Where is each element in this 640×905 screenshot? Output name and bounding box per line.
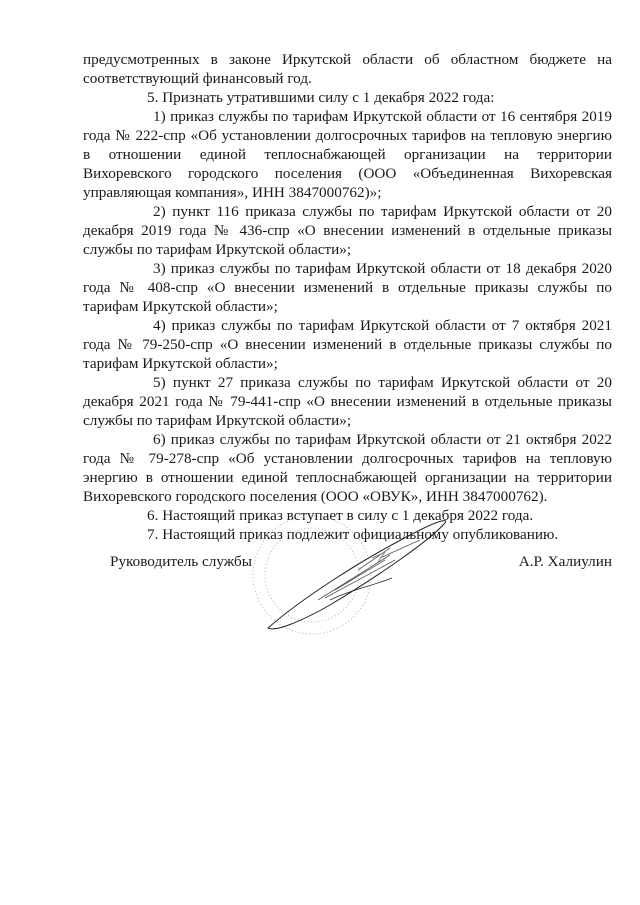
clause-5-item-2: 2) пункт 116 приказа службы по тарифам И… — [83, 202, 612, 259]
clause-6: 6. Настоящий приказ вступает в силу с 1 … — [83, 506, 612, 525]
clause-5-item-6: 6) приказ службы по тарифам Иркутской об… — [83, 430, 612, 506]
document-page: предусмотренных в законе Иркутской облас… — [0, 0, 640, 905]
clause-5-item-5: 5) пункт 27 приказа службы по тарифам Ир… — [83, 373, 612, 430]
clause-5: 5. Признать утратившими силу с 1 декабря… — [83, 88, 612, 107]
clause-7: 7. Настоящий приказ подлежит официальном… — [83, 525, 612, 544]
signatory-title: Руководитель службы — [110, 553, 252, 571]
signatory-name: А.Р. Халиулин — [519, 553, 612, 571]
paragraph-continuation: предусмотренных в законе Иркутской облас… — [83, 50, 612, 88]
signature-block: Руководитель службы А.Р. Халиулин — [0, 553, 640, 575]
clause-5-item-1: 1) приказ службы по тарифам Иркутской об… — [83, 107, 612, 202]
document-body: предусмотренных в законе Иркутской облас… — [83, 50, 612, 544]
clause-5-item-3: 3) приказ службы по тарифам Иркутской об… — [83, 259, 612, 316]
clause-5-item-4: 4) приказ службы по тарифам Иркутской об… — [83, 316, 612, 373]
